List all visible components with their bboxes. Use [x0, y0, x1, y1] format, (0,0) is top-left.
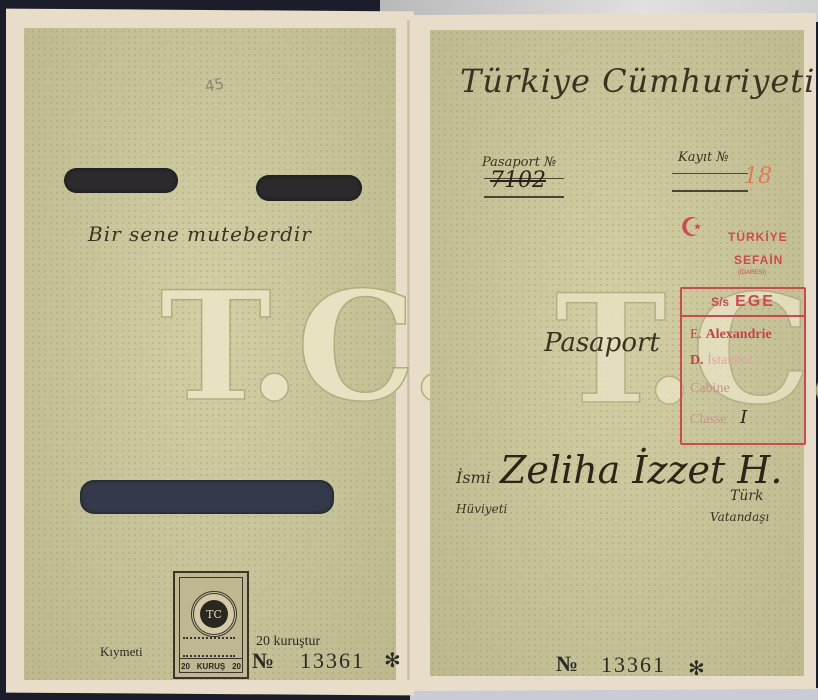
- name-label: İsmi: [456, 468, 491, 487]
- tc-monogram-watermark: T.C.: [160, 262, 457, 432]
- pencil-note: 45: [204, 74, 226, 95]
- revenue-stamp-ornament: [183, 637, 235, 657]
- cabin-row: Cabine: [690, 381, 730, 397]
- record-no-label: Kayıt №: [678, 150, 729, 165]
- serial-prefix: №: [252, 648, 274, 674]
- revenue-stamp-seal: TC: [191, 591, 237, 637]
- page-heading: Türkiye Cümhuriyeti: [460, 62, 815, 100]
- ornament-asterisk: ✻: [688, 656, 705, 681]
- redaction-bar: [256, 175, 362, 201]
- passport-no-line: [484, 196, 564, 198]
- revenue-stamp-value: 20 KURUŞ 20: [179, 658, 243, 673]
- stamp-company-line3: (İDARESİ): [738, 270, 766, 276]
- revenue-stamp-value-right: 20: [232, 662, 241, 671]
- document-title: Pasaport: [544, 328, 660, 358]
- class-label: Classe: [690, 412, 727, 427]
- fee-label: Kıymeti: [100, 644, 143, 660]
- cabin-label: Cabine: [690, 381, 730, 396]
- serial-prefix: №: [556, 651, 578, 677]
- class-row: Classe I: [690, 407, 747, 428]
- revenue-stamp-currency: KURUŞ: [197, 662, 225, 671]
- crescent-star-icon: ☪: [680, 212, 703, 243]
- revenue-stamp: TC 20 KURUŞ 20: [173, 571, 249, 679]
- departure-label: E.: [690, 327, 702, 342]
- ship-stamp-header: S/s EGE: [682, 289, 804, 317]
- validity-text: Bir sene muteberdir: [88, 222, 312, 246]
- departure-value: Alexandrie: [706, 327, 772, 342]
- destination-value: İstanbul: [707, 353, 752, 368]
- record-no-line: [672, 173, 748, 174]
- class-value: I: [740, 407, 747, 428]
- ornament-asterisk: ✻: [384, 648, 401, 673]
- record-no-line: [672, 190, 748, 192]
- ship-prefix: S/s: [711, 295, 729, 309]
- passport-no-value: 7102: [490, 168, 546, 193]
- redaction-bar: [80, 480, 334, 514]
- redaction-bar: [64, 168, 178, 193]
- record-no-value: 18: [744, 164, 772, 189]
- revenue-stamp-monogram: TC: [200, 600, 228, 628]
- departure-row: E. Alexandrie: [690, 327, 772, 343]
- citizenship-label: Vatandaşı: [710, 510, 769, 524]
- stamp-company-line2: SEFAİN: [734, 253, 783, 267]
- destination-row: D. İstanbul: [690, 353, 752, 369]
- holder-name: Zeliha İzzet H.: [500, 448, 783, 492]
- serial-number: 13361: [601, 652, 666, 678]
- identity-label: Hüviyeti: [456, 502, 507, 516]
- serial-number: 13361: [300, 648, 365, 674]
- stamp-company-line1: TÜRKİYE: [728, 230, 788, 244]
- revenue-stamp-value-left: 20: [181, 662, 190, 671]
- ship-stamp: S/s EGE E. Alexandrie D. İstanbul Cabine…: [680, 287, 806, 445]
- citizenship-value: Türk: [730, 488, 764, 504]
- destination-label: D.: [690, 353, 704, 368]
- ship-name: EGE: [735, 293, 775, 311]
